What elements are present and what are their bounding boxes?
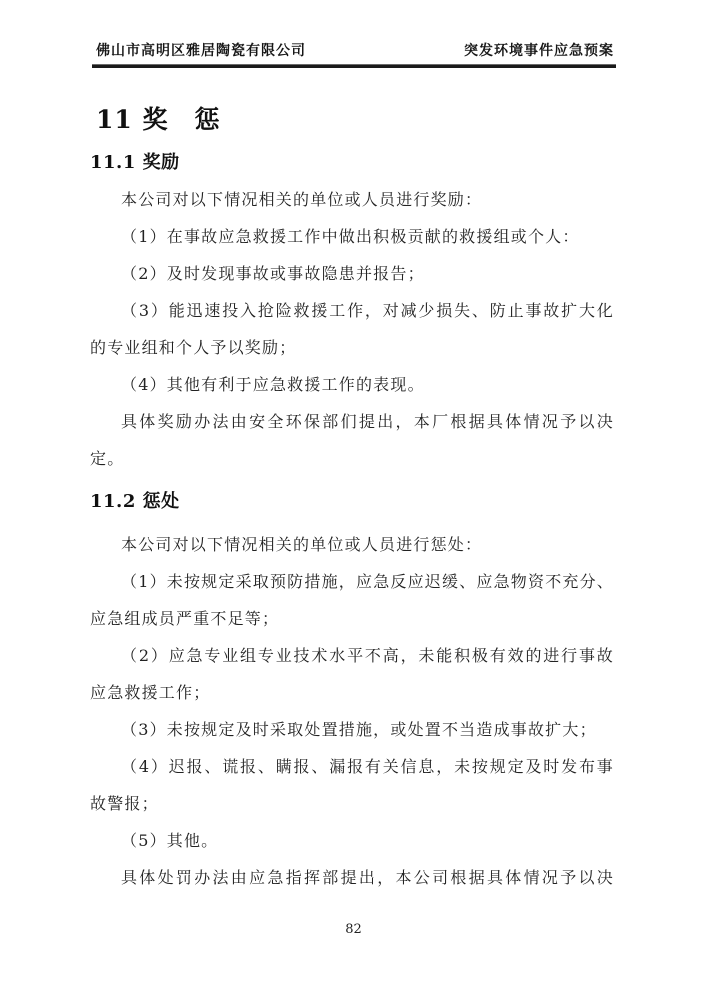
section-heading-11-1: 11.1 奖励 (90, 151, 614, 175)
text-line: 应急救援工作； (90, 674, 614, 711)
header-company-name: 佛山市高明区雅居陶瓷有限公司 (96, 42, 306, 60)
text-line: （2）及时发现事故或事故隐患并报告； (90, 255, 614, 292)
text-line: （1）未按规定采取预防措施，应急反应迟缓、应急物资不充分、 (90, 563, 614, 600)
section-11-2-paragraphs: 本公司对以下情况相关的单位或人员进行惩处： （1）未按规定采取预防措施，应急反应… (90, 526, 614, 896)
page-footer: 82 (0, 922, 707, 938)
page-number: 82 (345, 922, 362, 937)
text-line: 具体奖励办法由安全环保部们提出，本厂根据具体情况予以决 (90, 403, 614, 440)
text-line: 本公司对以下情况相关的单位或人员进行奖励： (90, 181, 614, 218)
section-heading-11-2: 11.2 惩处 (90, 490, 614, 514)
text-line: （3）能迅速投入抢险救援工作，对减少损失、防止事故扩大化 (90, 292, 614, 329)
text-line: 应急组成员严重不足等； (90, 600, 614, 637)
text-line: 的专业组和个人予以奖励； (90, 329, 614, 366)
text-line: （2）应急专业组专业技术水平不高，未能积极有效的进行事故 (90, 637, 614, 674)
text-line: 定。 (90, 440, 614, 477)
text-line: （3）未按规定及时采取处置措施，或处置不当造成事故扩大； (90, 711, 614, 748)
text-line: （4）迟报、谎报、瞒报、漏报有关信息，未按规定及时发布事 (90, 748, 614, 785)
text-line: 具体处罚办法由应急指挥部提出，本公司根据具体情况予以决 (90, 859, 614, 896)
chapter-title: 11 奖 惩 (90, 104, 614, 136)
text-line: （1）在事故应急救援工作中做出积极贡献的救援组或个人： (90, 218, 614, 255)
header-divider (92, 64, 616, 68)
page-header: 佛山市高明区雅居陶瓷有限公司 突发环境事件应急预案 (92, 42, 616, 60)
section-11-1-paragraphs: 本公司对以下情况相关的单位或人员进行奖励： （1）在事故应急救援工作中做出积极贡… (90, 181, 614, 477)
text-line: （5）其他。 (90, 822, 614, 859)
header-doc-title: 突发环境事件应急预案 (464, 42, 614, 60)
document-body: 11 奖 惩 11.1 奖励 本公司对以下情况相关的单位或人员进行奖励： （1）… (90, 104, 614, 896)
text-line: （4）其他有利于应急救援工作的表现。 (90, 366, 614, 403)
text-line: 故警报； (90, 785, 614, 822)
document-page: 佛山市高明区雅居陶瓷有限公司 突发环境事件应急预案 11 奖 惩 11.1 奖励… (0, 0, 707, 1000)
text-line: 本公司对以下情况相关的单位或人员进行惩处： (90, 526, 614, 563)
